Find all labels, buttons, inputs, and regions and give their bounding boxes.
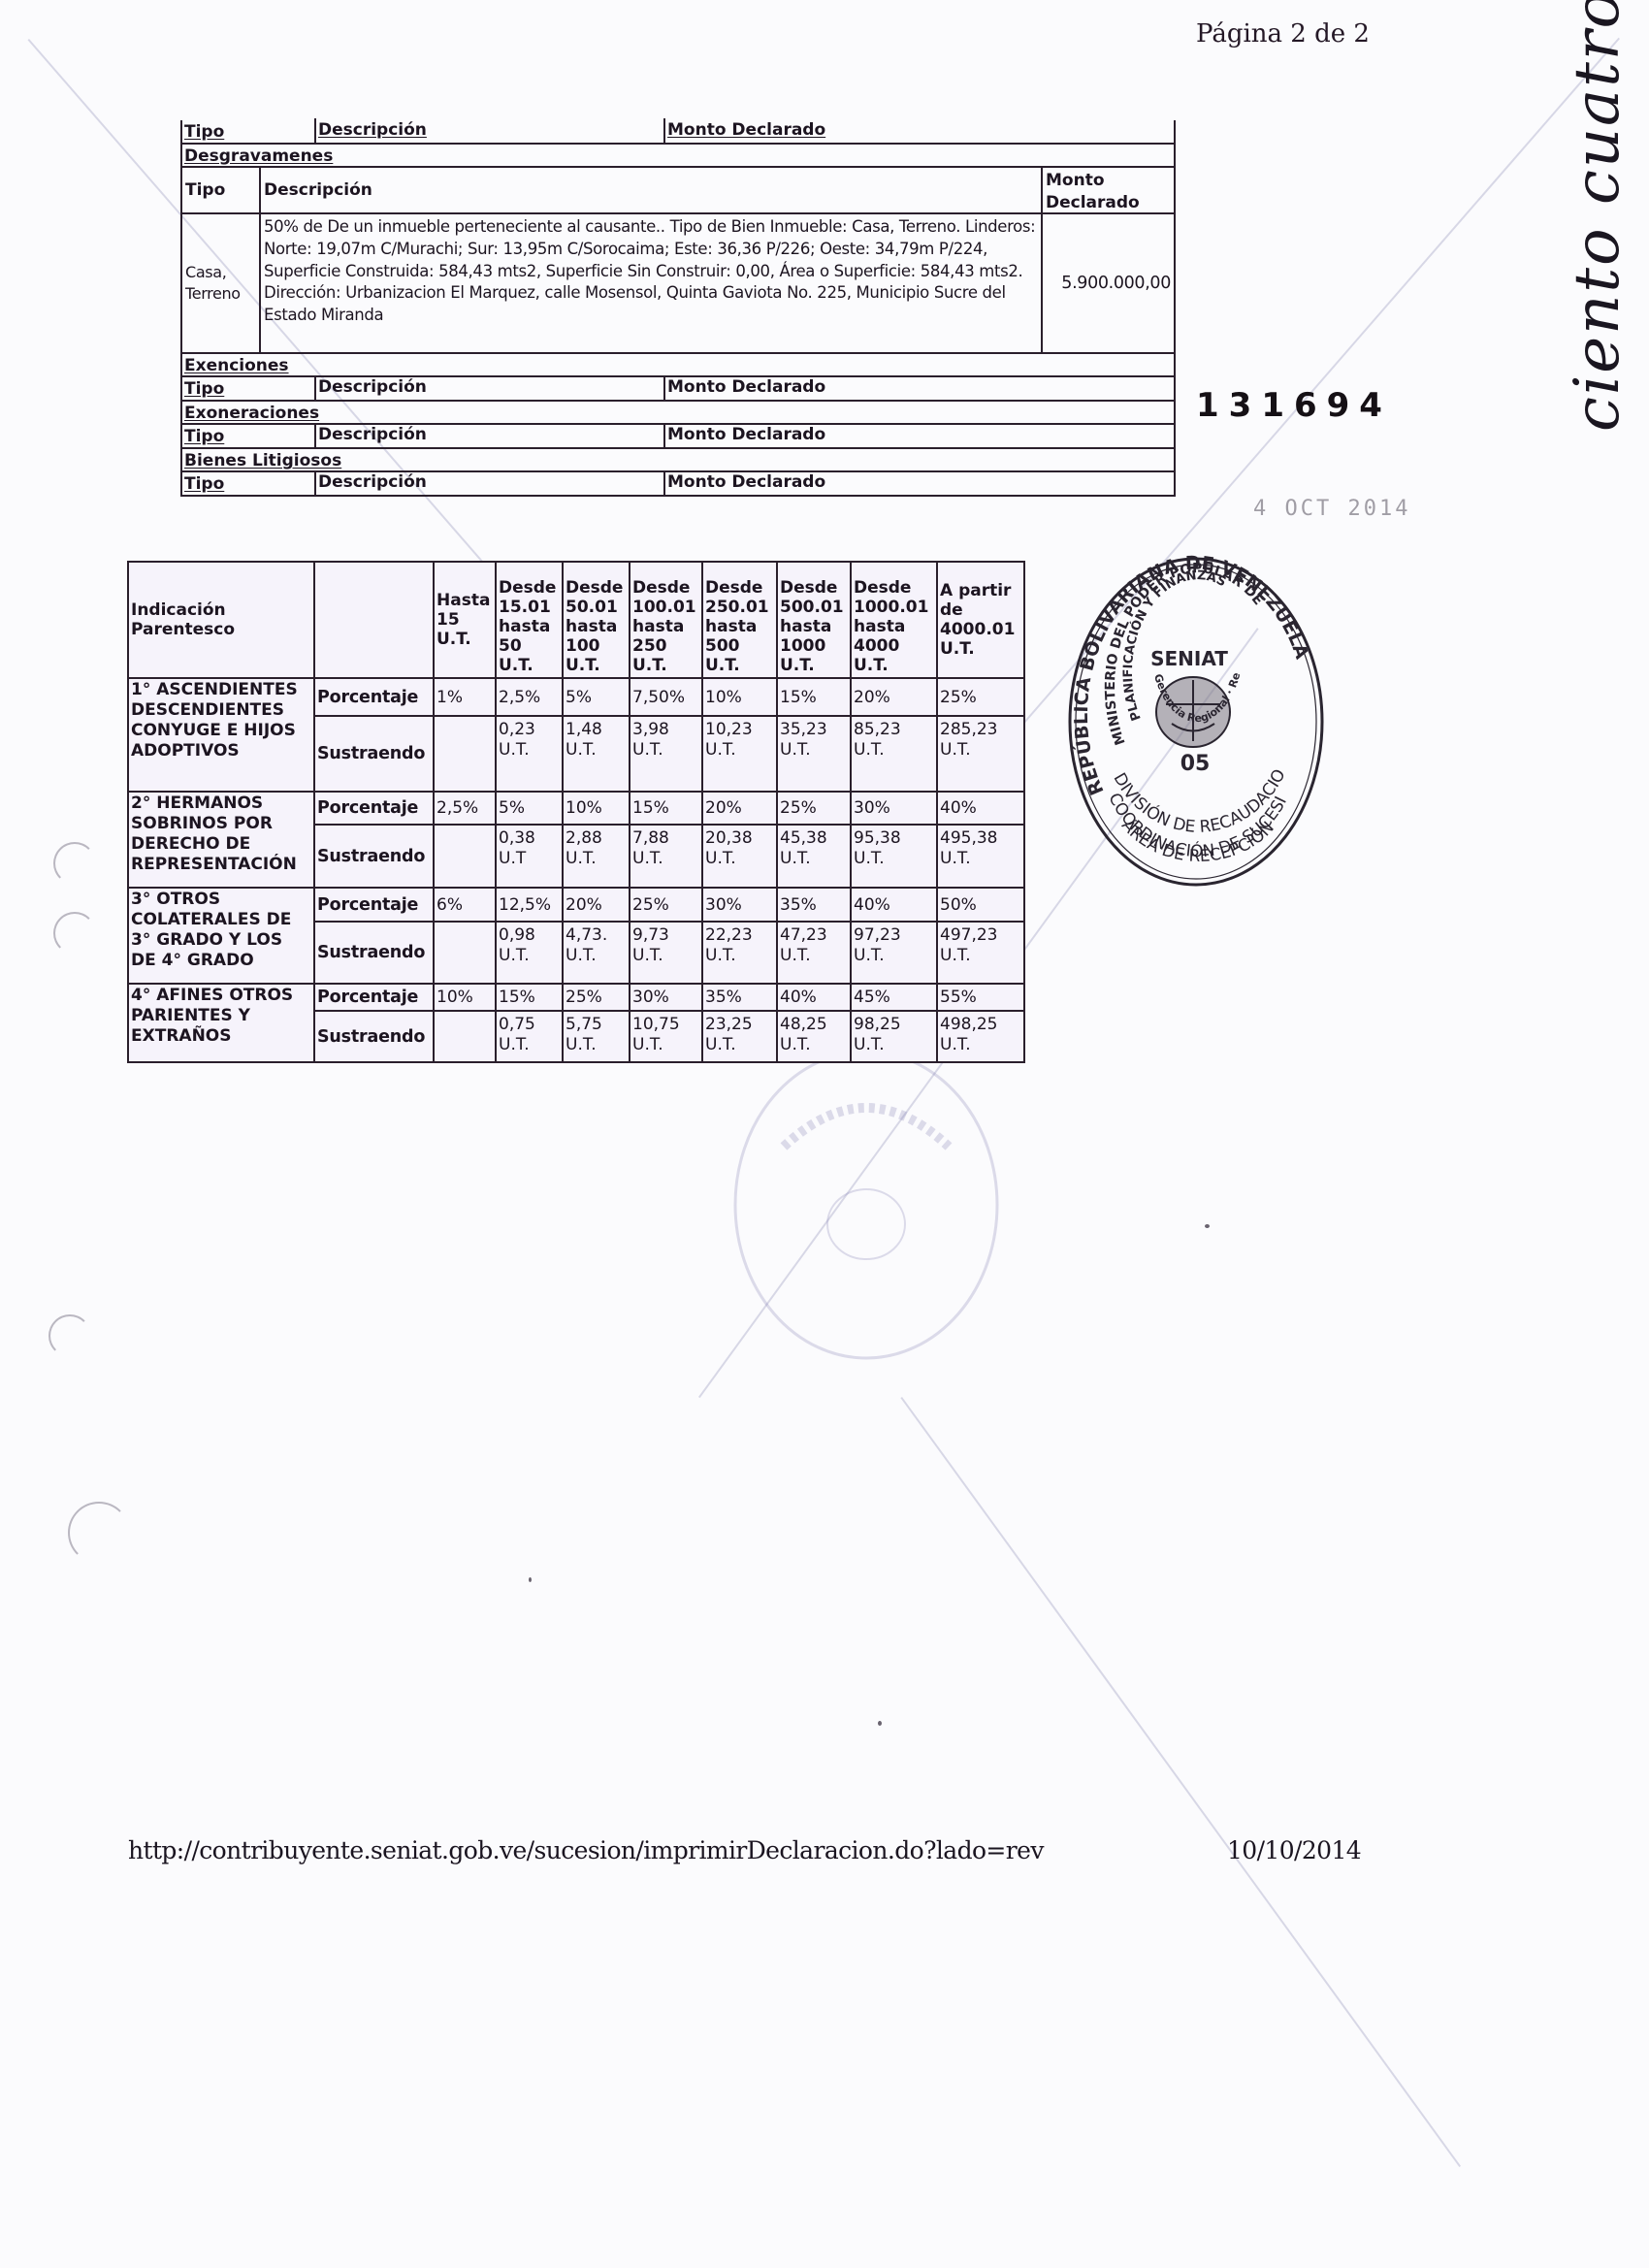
sustraendo-cell: 2,88 U.T. [563, 825, 630, 888]
sustraendo-label: Sustraendo [314, 825, 434, 888]
scan-mark [53, 842, 96, 885]
sustraendo-cell: 10,23 U.T. [702, 716, 777, 792]
sustraendo-cell: 45,38 U.T. [777, 825, 851, 888]
column-header-parentesco: Indicación Parentesco [128, 562, 314, 678]
table-row: 3° OTROS COLATERALES DE 3° GRADO Y LOS D… [128, 888, 1024, 922]
kinship-group-label: 1° ASCENDIENTES DESCENDIENTES CONYUGE E … [128, 678, 314, 792]
table-header-row: Tipo Descripción Monto Declarado [180, 120, 1176, 145]
rate-cell: 20% [851, 678, 937, 716]
sustraendo-cell: 285,23 U.T. [937, 716, 1024, 792]
sustraendo-cell: 98,25 U.T. [851, 1011, 937, 1062]
sustraendo-cell [434, 1011, 496, 1062]
rate-cell: 40% [937, 792, 1024, 825]
column-header-tipo: Tipo [184, 427, 224, 447]
sustraendo-cell: 35,23 U.T. [777, 716, 851, 792]
column-header-descripcion: Descripción [261, 168, 1043, 214]
sustraendo-cell: 22,23 U.T. [702, 922, 777, 984]
sustraendo-cell: 23,25 U.T. [702, 1011, 777, 1062]
rate-cell: 2,5% [434, 792, 496, 825]
column-header-bracket: Desde 100.01 hasta 250 U.T. [630, 562, 702, 678]
sustraendo-cell: 47,23 U.T. [777, 922, 851, 984]
column-header-descripcion: Descripción [314, 423, 427, 447]
svg-text:SENIAT: SENIAT [1150, 647, 1228, 670]
handwritten-folio: ciento cuatro (104) [1562, 0, 1633, 432]
column-header-descripcion: Descripción [314, 470, 427, 495]
speck [529, 1577, 532, 1582]
rate-cell: 1% [434, 678, 496, 716]
rate-cell: 40% [851, 888, 937, 922]
section-title-exenciones: Exenciones [180, 354, 1176, 377]
rate-cell: 30% [851, 792, 937, 825]
svg-text:05: 05 [1180, 752, 1211, 776]
porcentaje-label: Porcentaje [314, 984, 434, 1011]
column-header-tipo: Tipo [184, 379, 224, 400]
desgravamenes-table: Tipo Descripción Monto Declarado Casa, T… [180, 168, 1176, 354]
speck [878, 1721, 882, 1726]
column-header-monto: Monto Declarado [1043, 168, 1174, 214]
sustraendo-cell: 95,38 U.T. [851, 825, 937, 888]
bienes-litigiosos-header-row: Tipo Descripción Monto Declarado [180, 472, 1176, 497]
bleed-through-seal-icon [726, 1040, 1007, 1360]
sustraendo-cell: 1,48 U.T. [563, 716, 630, 792]
scan-mark [48, 1314, 91, 1357]
table-row: 2° HERMANOS SOBRINOS POR DERECHO DE REPR… [128, 792, 1024, 825]
sustraendo-cell: 498,25 U.T. [937, 1011, 1024, 1062]
rate-cell: 5% [496, 792, 563, 825]
column-header-bracket: Desde 15.01 hasta 50 U.T. [496, 562, 563, 678]
control-number-stamp: 131694 [1196, 386, 1392, 425]
rate-cell: 25% [563, 984, 630, 1011]
column-header-tipo: Tipo [182, 168, 261, 214]
column-header-descripcion: Descripción [314, 375, 427, 400]
table-row: 1° ASCENDIENTES DESCENDIENTES CONYUGE E … [128, 678, 1024, 716]
column-header-blank [314, 562, 434, 678]
sustraendo-label: Sustraendo [314, 922, 434, 984]
seniat-seal-icon: REPÚBLICA BOLIVARIANA DE VENEZUELA MINIS… [1065, 549, 1327, 889]
column-header-monto: Monto Declarado [663, 118, 825, 143]
sustraendo-cell: 4,73. U.T. [563, 922, 630, 984]
rate-cell: 45% [851, 984, 937, 1011]
table-cell-tipo: Casa, Terreno [182, 214, 261, 352]
rate-cell: 20% [702, 792, 777, 825]
rate-cell: 35% [702, 984, 777, 1011]
sustraendo-cell [434, 716, 496, 792]
column-header-bracket: Hasta 15 U.T. [434, 562, 496, 678]
rate-cell: 2,5% [496, 678, 563, 716]
column-header-bracket: Desde 250.01 hasta 500 U.T. [702, 562, 777, 678]
column-header-tipo: Tipo [184, 474, 224, 495]
declaration-table: Tipo Descripción Monto Declarado Desgrav… [180, 120, 1176, 497]
porcentaje-label: Porcentaje [314, 792, 434, 825]
sustraendo-cell: 48,25 U.T. [777, 1011, 851, 1062]
rate-cell: 25% [777, 792, 851, 825]
rate-cell: 55% [937, 984, 1024, 1011]
sustraendo-cell: 0,75 U.T. [496, 1011, 563, 1062]
table-cell-monto: 5.900.000,00 [1043, 214, 1174, 352]
sustraendo-cell: 85,23 U.T. [851, 716, 937, 792]
rate-cell: 5% [563, 678, 630, 716]
scan-mark [53, 912, 96, 955]
rate-cell: 10% [563, 792, 630, 825]
sustraendo-cell: 20,38 U.T. [702, 825, 777, 888]
sustraendo-cell: 495,38 U.T. [937, 825, 1024, 888]
rate-cell: 35% [777, 888, 851, 922]
speck [1205, 1224, 1210, 1228]
fold-crease [900, 1397, 1461, 2167]
column-header-monto: Monto Declarado [663, 375, 825, 400]
sustraendo-cell: 0,23 U.T. [496, 716, 563, 792]
rate-cell: 40% [777, 984, 851, 1011]
sustraendo-cell: 97,23 U.T. [851, 922, 937, 984]
rate-cell: 30% [702, 888, 777, 922]
scan-mark [68, 1502, 130, 1564]
sustraendo-cell: 0,38 U.T [496, 825, 563, 888]
exenciones-header-row: Tipo Descripción Monto Declarado [180, 377, 1176, 402]
rate-cell: 20% [563, 888, 630, 922]
kinship-group-label: 3° OTROS COLATERALES DE 3° GRADO Y LOS D… [128, 888, 314, 984]
section-title-exoneraciones: Exoneraciones [180, 402, 1176, 425]
kinship-group-label: 4° AFINES OTROS PARIENTES Y EXTRAÑOS [128, 984, 314, 1062]
sustraendo-label: Sustraendo [314, 1011, 434, 1062]
exoneraciones-header-row: Tipo Descripción Monto Declarado [180, 425, 1176, 449]
section-title-bienes-litigiosos: Bienes Litigiosos [180, 449, 1176, 472]
kinship-group-label: 2° HERMANOS SOBRINOS POR DERECHO DE REPR… [128, 792, 314, 888]
rate-cell: 50% [937, 888, 1024, 922]
rate-cell: 10% [702, 678, 777, 716]
column-header-bracket: Desde 1000.01 hasta 4000 U.T. [851, 562, 937, 678]
sustraendo-cell: 0,98 U.T. [496, 922, 563, 984]
section-title-desgravamenes: Desgravamenes [180, 145, 1176, 168]
table-row: 4° AFINES OTROS PARIENTES Y EXTRAÑOSPorc… [128, 984, 1024, 1011]
sustraendo-cell [434, 922, 496, 984]
sustraendo-cell: 10,75 U.T. [630, 1011, 702, 1062]
rate-cell: 7,50% [630, 678, 702, 716]
rate-cell: 10% [434, 984, 496, 1011]
rate-cell: 6% [434, 888, 496, 922]
footer-url: http://contribuyente.seniat.gob.ve/suces… [128, 1836, 1044, 1864]
footer-date: 10/10/2014 [1227, 1836, 1361, 1864]
rate-cell: 15% [496, 984, 563, 1011]
sustraendo-cell: 3,98 U.T. [630, 716, 702, 792]
rate-cell: 12,5% [496, 888, 563, 922]
column-header-descripcion: Descripción [314, 118, 427, 143]
rate-cell: 25% [937, 678, 1024, 716]
column-header-monto: Monto Declarado [663, 423, 825, 447]
sustraendo-cell: 5,75 U.T. [563, 1011, 630, 1062]
column-header-bracket: A partir de 4000.01 U.T. [937, 562, 1024, 678]
sustraendo-cell [434, 825, 496, 888]
column-header-bracket: Desde 50.01 hasta 100 U.T. [563, 562, 630, 678]
rate-cell: 15% [777, 678, 851, 716]
column-header-tipo: Tipo [184, 122, 224, 143]
rate-table-header-row: Indicación ParentescoHasta 15 U.T.Desde … [128, 562, 1024, 678]
rate-cell: 15% [630, 792, 702, 825]
sustraendo-label: Sustraendo [314, 716, 434, 792]
porcentaje-label: Porcentaje [314, 888, 434, 922]
page-indicator: Página 2 de 2 [1196, 19, 1370, 49]
inheritance-tax-rate-table: Indicación ParentescoHasta 15 U.T.Desde … [127, 561, 1025, 1063]
table-cell-descripcion: 50% de De un inmueble perteneciente al c… [261, 214, 1043, 352]
received-date-stamp: 4 OCT 2014 [1253, 497, 1410, 521]
column-header-monto: Monto Declarado [663, 470, 825, 495]
rate-cell: 30% [630, 984, 702, 1011]
column-header-bracket: Desde 500.01 hasta 1000 U.T. [777, 562, 851, 678]
sustraendo-cell: 9,73 U.T. [630, 922, 702, 984]
porcentaje-label: Porcentaje [314, 678, 434, 716]
sustraendo-cell: 7,88 U.T. [630, 825, 702, 888]
rate-cell: 25% [630, 888, 702, 922]
sustraendo-cell: 497,23 U.T. [937, 922, 1024, 984]
